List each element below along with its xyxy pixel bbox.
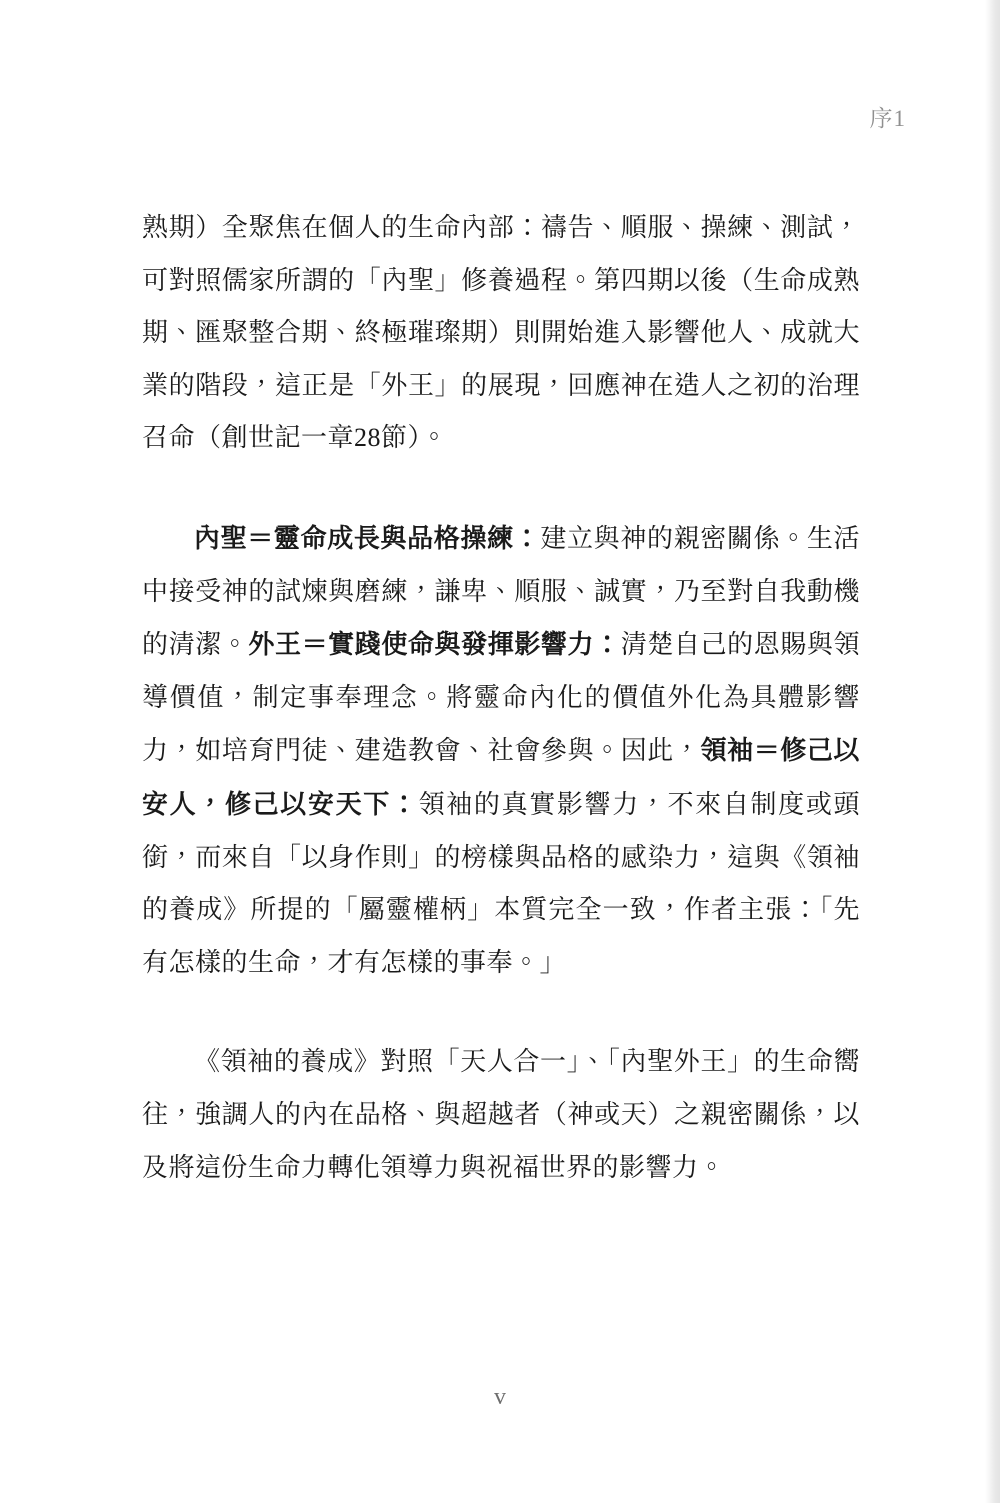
paragraph: 內聖＝靈命成長與品格操練：建立與神的親密關係。生活中接受神的試煉與磨練，謙卑、順… bbox=[142, 512, 860, 989]
body-text-run: 《領袖的養成》對照「天人合一」、「內聖外王」的生命嚮往，強調人的內在品格、與超越… bbox=[142, 1047, 860, 1181]
emphasis-text: 內聖＝靈命成長與品格操練： bbox=[194, 523, 540, 553]
body-text-run: 熟期）全聚焦在個人的生命內部：禱告、順服、操練、測試，可對照儒家所謂的「內聖」修… bbox=[142, 213, 860, 452]
page-number: v bbox=[0, 1384, 1000, 1411]
page-body: 熟期）全聚焦在個人的生命內部：禱告、順服、操練、測試，可對照儒家所謂的「內聖」修… bbox=[142, 202, 860, 1241]
paragraph: 《領袖的養成》對照「天人合一」、「內聖外王」的生命嚮往，強調人的內在品格、與超越… bbox=[142, 1036, 860, 1194]
book-page: 序1 熟期）全聚焦在個人的生命內部：禱告、順服、操練、測試，可對照儒家所謂的「內… bbox=[0, 0, 1000, 1503]
running-head: 序1 bbox=[870, 100, 907, 133]
page-edge-shadow bbox=[985, 0, 1000, 1503]
paragraph: 熟期）全聚焦在個人的生命內部：禱告、順服、操練、測試，可對照儒家所謂的「內聖」修… bbox=[142, 202, 860, 465]
emphasis-text: 外王＝實踐使命與發揮影響力： bbox=[248, 629, 620, 659]
